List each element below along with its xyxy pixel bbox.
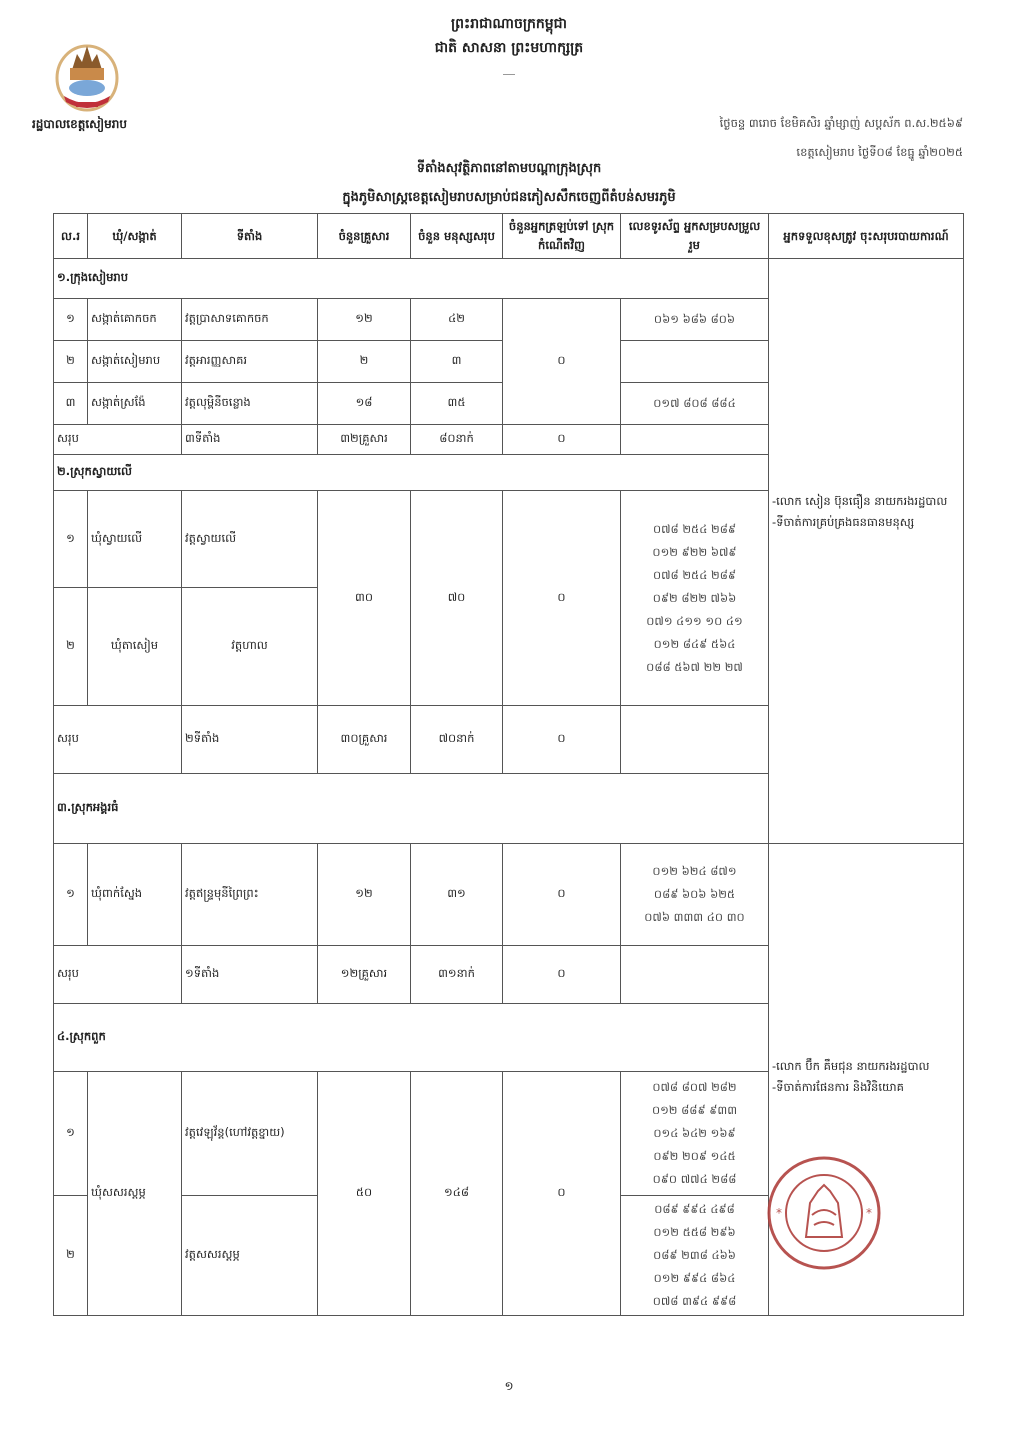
responsible-person: -លោក សៀន ប៊ុនធឿន នាយករងរដ្ឋបាល (772, 491, 960, 512)
document-subtitle: ក្នុងភូមិសាស្ត្រខេត្តសៀមរាបសម្រាប់ជនភៀសស… (0, 189, 1018, 208)
phone-number: ០១៧ ៨០៨ ៨៨៤ (624, 392, 765, 415)
row-site: វត្តអារញ្ញសាគរ (182, 341, 318, 383)
safe-locations-table: ល.រ ឃុំ/សង្កាត់ ទីតាំង ចំនួនគ្រួសារ ចំនួ… (53, 213, 964, 1316)
row-people: ៣១ (411, 844, 503, 946)
row-phones: ០៦១ ៦៨៦ ៨០៦ (621, 299, 769, 341)
row-people: ៧០ (411, 491, 503, 706)
document-title: ទីតាំងសុវត្ថិភាពនៅតាមបណ្តាក្រុងស្រុក (0, 160, 1018, 179)
total-phones (621, 706, 769, 774)
lunar-date: ថ្ងៃចន្ទ ៣រោច ខែមិគសិរ ឆ្នាំម្សាញ់ សប្តស… (720, 116, 963, 133)
phone-number: ០៨៩ ៩៩៤ ៤៩៨ (624, 1198, 765, 1221)
row-no: ១ (54, 1072, 88, 1196)
phone-number: ០៧៨ ២៥៤ ២៨៩ (624, 518, 765, 541)
row-site: វត្តសសរស្តម្ភ (182, 1196, 318, 1316)
section-heading-row: ១.ក្រុងសៀមរាប -លោក សៀន ប៊ុនធឿន នាយករងរដ្… (54, 259, 964, 299)
total-phones (621, 946, 769, 1004)
row-commune: ឃុំពាក់ស្នែង (88, 844, 182, 946)
row-phones: ០១២ ៦២៤ ៨៧១ ០៨៩ ៦០៦ ៦២៥ ០៧៦ ៣៣៣ ៤០ ៣០ (621, 844, 769, 946)
national-motto: ជាតិ សាសនា ព្រះមហាក្សត្រ (0, 38, 1018, 59)
phone-number: ០៨៨ ៥៦៧ ២២ ២៧ (624, 656, 765, 679)
row-no: ២ (54, 1196, 88, 1316)
row-no: ២ (54, 341, 88, 383)
row-phones: ០៨៩ ៩៩៤ ៤៩៨ ០១២ ៥៥៨ ២៩៦ ០៨៩ ២៣៨ ៤៦៦ ០១២ … (621, 1196, 769, 1316)
row-no: ១ (54, 844, 88, 946)
svg-text:*: * (866, 1206, 872, 1220)
total-families: ១២គ្រួសារ (318, 946, 411, 1004)
phone-number: ០៩២ ២០៩ ១៤៥ (624, 1145, 765, 1168)
row-people: ៣៥ (411, 383, 503, 425)
row-families: ៥០ (318, 1072, 411, 1316)
row-site: វត្តលុម្ពិនីចន្លោង (182, 383, 318, 425)
row-phones (621, 341, 769, 383)
row-commune: សង្កាត់ស្រង៉ែ (88, 383, 182, 425)
phone-number: ០១២ ៨៨៩ ៩៣៣ (624, 1099, 765, 1122)
col-header-no: ល.រ (54, 214, 88, 259)
row-site: វត្តឥន្ទ្រមុនីព្រៃព្រះ (182, 844, 318, 946)
row-site: វត្តហាល (182, 588, 318, 706)
row-commune: សង្កាត់គោកចក (88, 299, 182, 341)
page-number: ១ (0, 1378, 1018, 1396)
phone-number: ០៧៨ ៣៩៤ ៩៩៨ (624, 1290, 765, 1313)
row-site: វត្តប្រាសាទគោកចក (182, 299, 318, 341)
phone-number: ០៧៨ ៨០៧ ២៨២ (624, 1076, 765, 1099)
phone-number: ០៨៩ ២៣៨ ៤៦៦ (624, 1244, 765, 1267)
row-families: ១២ (318, 299, 411, 341)
responsible-department: -ទីចាត់ការផែនការ និងវិនិយោគ (772, 1077, 960, 1098)
row-commune: ឃុំសសរស្តម្ភ (88, 1072, 182, 1316)
section-heading: ៣.ស្រុកអង្គរធំ (54, 774, 964, 844)
row-no: ១ (54, 299, 88, 341)
col-header-returned: ចំនួនអ្នកត្រឡប់ទៅ ស្រុកកំណើតវិញ (503, 214, 621, 259)
row-returned: ០ (503, 299, 621, 425)
total-returned: ០ (503, 425, 621, 455)
table-header-row: ល.រ ឃុំ/សង្កាត់ ទីតាំង ចំនួនគ្រួសារ ចំនួ… (54, 214, 964, 259)
total-sites: ១ទីតាំង (182, 946, 318, 1004)
phone-number: ០៦១ ៦៨៦ ៨០៦ (624, 308, 765, 331)
table-row: ១ ឃុំពាក់ស្នែង វត្តឥន្ទ្រមុនីព្រៃព្រះ ១២… (54, 844, 964, 946)
kingdom-heading: ព្រះរាជាណាចក្រកម្ពុជា (0, 14, 1018, 35)
total-label: សរុប (54, 706, 182, 774)
total-sites: ២ទីតាំង (182, 706, 318, 774)
total-people: ៣១នាក់ (411, 946, 503, 1004)
col-header-responsible: អ្នកទទួលខុសត្រូវ ចុះសរុបរបាយការណ៍ (769, 214, 964, 259)
section-heading: ១.ក្រុងសៀមរាប (54, 259, 769, 299)
row-families: ២ (318, 341, 411, 383)
phone-number: ០៧៨ ២៥៤ ២៨៩ (624, 564, 765, 587)
responsible-cell: -លោក សៀន ប៊ុនធឿន នាយករងរដ្ឋបាល -ទីចាត់កា… (769, 259, 964, 844)
phone-number: ០១៤ ៦៤២ ១៦៩ (624, 1122, 765, 1145)
total-phones (621, 425, 769, 455)
row-people: ១៤៨ (411, 1072, 503, 1316)
col-header-families: ចំនួនគ្រួសារ (318, 214, 411, 259)
section-heading-row: ៣.ស្រុកអង្គរធំ (54, 774, 964, 844)
phone-number: ០៨៩ ៦០៦ ៦២៥ (624, 883, 765, 906)
row-phones: ០៧៨ ២៥៤ ២៨៩ ០១២ ៩២២ ៦៧៩ ០៧៨ ២៥៤ ២៨៩ ០៩២ … (621, 491, 769, 706)
phone-number: ០១២ ៩៩៤ ៨៦៤ (624, 1267, 765, 1290)
agency-name: រដ្ឋបាលខេត្តសៀមរាប (32, 116, 127, 134)
motto-divider (503, 74, 515, 75)
phone-number: ០១២ ៥៥៨ ២៩៦ (624, 1221, 765, 1244)
provincial-emblem-icon (52, 40, 122, 112)
total-label: សរុប (54, 425, 182, 455)
col-header-phones: លេខទូរស័ព្ទ អ្នកសម្របសម្រួលរួម (621, 214, 769, 259)
row-site: វត្តវេឡុវ័ន្ត(ហៅវត្តខ្នាយ) (182, 1072, 318, 1196)
row-no: ២ (54, 588, 88, 706)
row-site: វត្តស្វាយលើ (182, 491, 318, 588)
section-heading: ៤.ស្រុកពួក (54, 1004, 769, 1072)
phone-number: ០៧១ ៤១១ ១០ ៤១ (624, 610, 765, 633)
phone-number: ០១២ ៩២២ ៦៧៩ (624, 541, 765, 564)
row-returned: ០ (503, 491, 621, 706)
row-commune: ឃុំតាសៀម (88, 588, 182, 706)
total-families: ៣២គ្រួសារ (318, 425, 411, 455)
row-families: ១៨ (318, 383, 411, 425)
row-families: ១២ (318, 844, 411, 946)
col-header-site: ទីតាំង (182, 214, 318, 259)
row-families: ៣០ (318, 491, 411, 706)
row-returned: ០ (503, 1072, 621, 1316)
row-commune: សង្កាត់សៀមរាប (88, 341, 182, 383)
phone-number: ០១២ ៨៤៩ ៥៦៤ (624, 633, 765, 656)
official-seal-icon: * * (766, 1155, 882, 1271)
row-people: ៣ (411, 341, 503, 383)
row-returned: ០ (503, 844, 621, 946)
responsible-person: -លោក ប៊ឹក គឹមជុន នាយករងរដ្ឋបាល (772, 1056, 960, 1077)
row-commune: ឃុំស្វាយលើ (88, 491, 182, 588)
row-no: ៣ (54, 383, 88, 425)
phone-number: ០៩០ ៧៧៤ ២៨៨ (624, 1168, 765, 1191)
row-no: ១ (54, 491, 88, 588)
total-sites: ៣ទីតាំង (182, 425, 318, 455)
row-phones: ០១៧ ៨០៨ ៨៨៤ (621, 383, 769, 425)
row-people: ៤២ (411, 299, 503, 341)
section-heading: ២.ស្រុកស្វាយលើ (54, 455, 769, 491)
total-returned: ០ (503, 946, 621, 1004)
col-header-commune: ឃុំ/សង្កាត់ (88, 214, 182, 259)
total-families: ៣០គ្រួសារ (318, 706, 411, 774)
total-people: ៧០នាក់ (411, 706, 503, 774)
phone-number: ០៧៦ ៣៣៣ ៤០ ៣០ (624, 906, 765, 929)
phone-number: ០១២ ៦២៤ ៨៧១ (624, 860, 765, 883)
svg-text:*: * (776, 1206, 782, 1220)
total-returned: ០ (503, 706, 621, 774)
col-header-people: ចំនួន មនុស្សសរុប (411, 214, 503, 259)
total-label: សរុប (54, 946, 182, 1004)
row-phones: ០៧៨ ៨០៧ ២៨២ ០១២ ៨៨៩ ៩៣៣ ០១៤ ៦៤២ ១៦៩ ០៩២ … (621, 1072, 769, 1196)
phone-number: ០៩២ ៨២២ ៧៦៦ (624, 587, 765, 610)
responsible-department: -ទីចាត់ការគ្រប់គ្រងធនធានមនុស្ស (772, 512, 960, 533)
total-people: ៨០នាក់ (411, 425, 503, 455)
